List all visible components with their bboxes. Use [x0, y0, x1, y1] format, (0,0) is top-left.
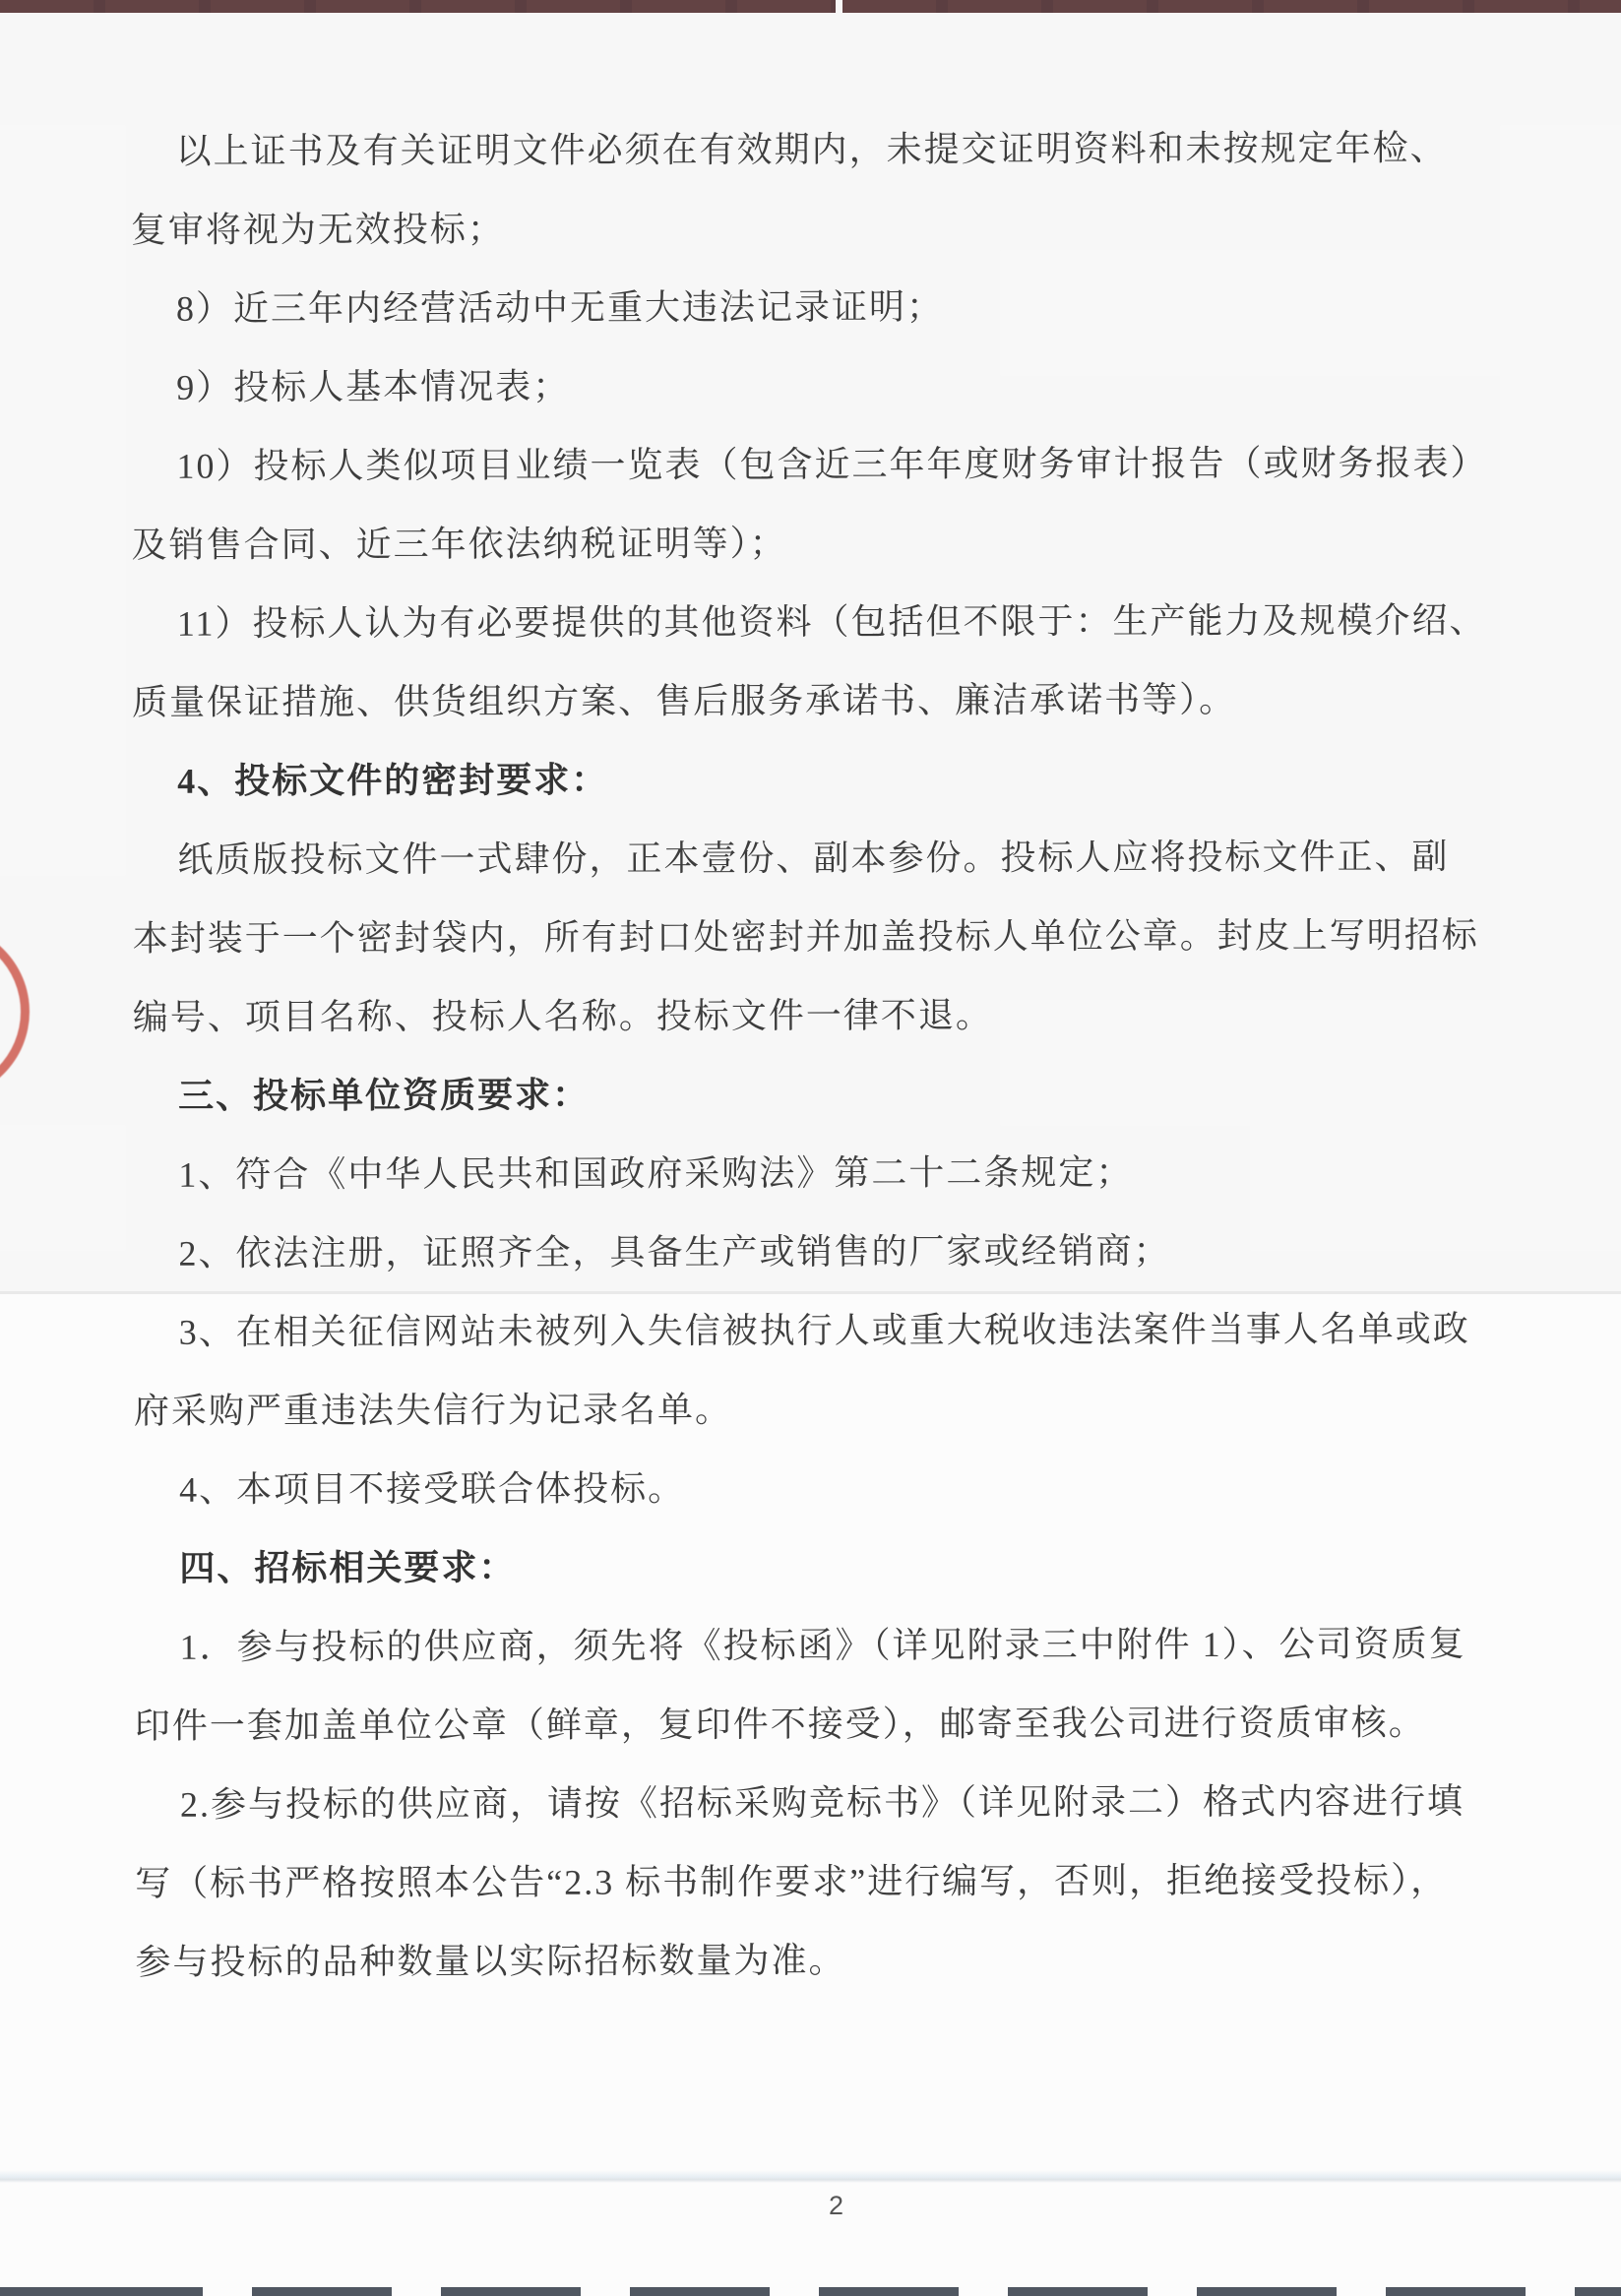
scan-edge-artifact-top — [0, 0, 1621, 13]
scanned-document-page: 以上证书及有关证明文件必须在有效期内，未提交证明资料和未按规定年检、复审将视为无… — [0, 0, 1621, 2296]
text-line: 写（标书严格按照本公告“2.3 标书制作要求”进行编写，否则，拒绝接受投标）， — [135, 1840, 1513, 1923]
text-line: 4、本项目不接受联合体投标。 — [134, 1447, 1512, 1529]
text-line: 2、依法注册，证照齐全，具备生产或销售的厂家或经销商； — [133, 1210, 1511, 1293]
scan-seam-lower — [0, 2170, 1621, 2183]
text-line: 编号、项目名称、投标人名称。投标文件一律不退。 — [133, 974, 1511, 1057]
text-line: 参与投标的品种数量以实际招标数量为准。 — [135, 1919, 1513, 2002]
text-line: 及销售合同、近三年依法纳税证明等）； — [132, 502, 1510, 585]
text-line: 复审将视为无效投标； — [131, 187, 1509, 270]
page-number: 2 — [26, 2191, 1621, 2221]
text-line: 8）近三年内经营活动中无重大违法记录证明； — [131, 266, 1509, 348]
text-line: 1．参与投标的供应商，须先将《投标函》（详见附录三中附件 1）、公司资质复 — [134, 1604, 1512, 1687]
text-line: 府采购严重违法失信行为记录名单。 — [134, 1368, 1512, 1451]
text-line: 纸质版投标文件一式肆份，正本壹份、副本参份。投标人应将投标文件正、副 — [132, 817, 1510, 900]
text-line: 4、投标文件的密封要求： — [132, 738, 1510, 821]
document-body: 以上证书及有关证明文件必须在有效期内，未提交证明资料和未按规定年检、复审将视为无… — [130, 108, 1513, 2002]
scan-edge-artifact-bottom — [0, 2287, 1621, 2296]
text-line: 9）投标人基本情况表； — [131, 344, 1509, 427]
text-line: 以上证书及有关证明文件必须在有效期内，未提交证明资料和未按规定年检、 — [130, 108, 1508, 191]
text-line: 四、招标相关要求： — [134, 1525, 1512, 1608]
text-line: 10）投标人类似项目业绩一览表（包含近三年年度财务审计报告（或财务报表） — [131, 423, 1509, 506]
text-line: 质量保证措施、供货组织方案、售后服务承诺书、廉洁承诺书等）。 — [132, 659, 1510, 742]
text-line: 2.参与投标的供应商，请按《招标采购竞标书》（详见附录二）格式内容进行填 — [135, 1762, 1513, 1844]
text-line: 3、在相关征信网站未被列入失信被执行人或重大税收违法案件当事人名单或政 — [134, 1289, 1512, 1372]
text-line: 印件一套加盖单位公章（鲜章，复印件不接受），邮寄至我公司进行资质审核。 — [135, 1683, 1513, 1766]
text-line: 本封装于一个密封袋内，所有封口处密封并加盖投标人单位公章。封皮上写明招标 — [133, 896, 1511, 978]
text-line: 三、投标单位资质要求： — [133, 1053, 1511, 1136]
red-seal-stamp-icon — [0, 923, 30, 1100]
text-line: 11）投标人认为有必要提供的其他资料（包括但不限于：生产能力及规模介绍、 — [132, 581, 1510, 663]
text-line: 1、符合《中华人民共和国政府采购法》第二十二条规定； — [133, 1132, 1511, 1214]
